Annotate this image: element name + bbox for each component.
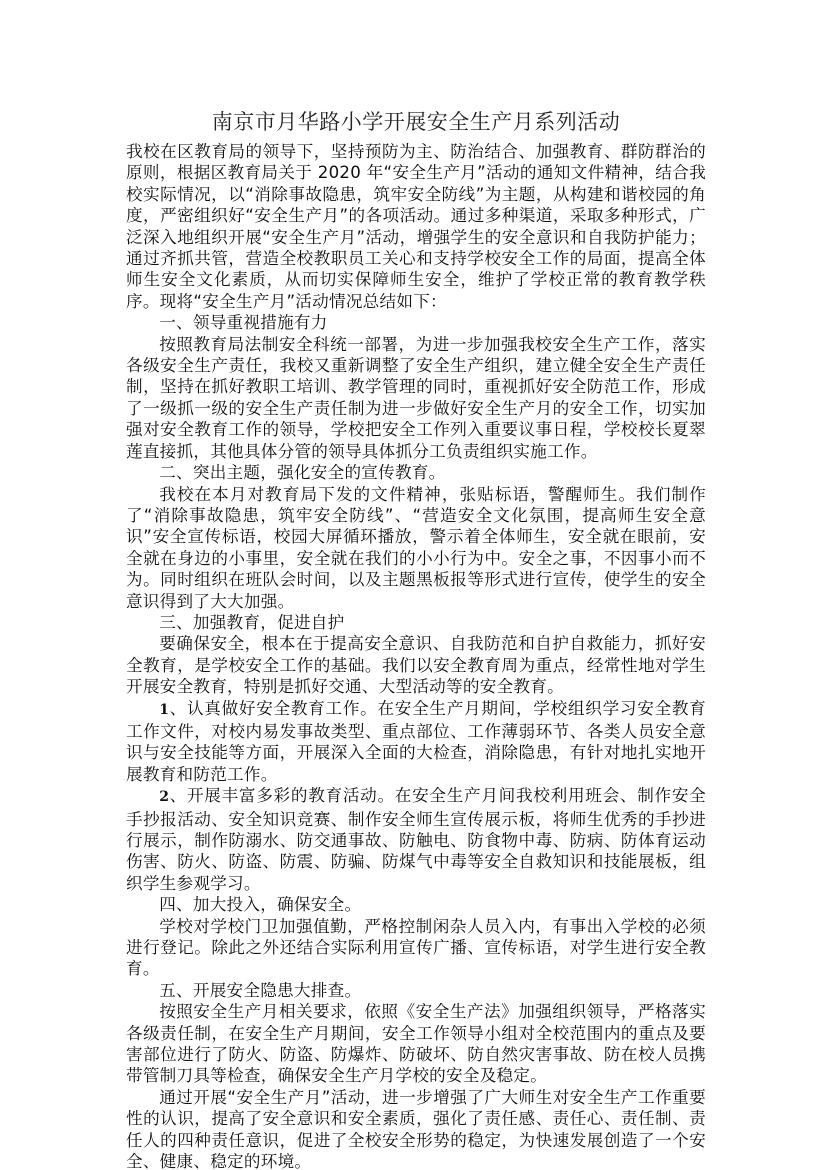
conclusion-paragraph: 通过开展“安全生产月”活动，进一步增强了广大师生对安全生产工作重要性的认识，提高…	[126, 1087, 706, 1170]
intro-paragraph: 我校在区教育局的领导下，坚持预防为主、防治结合、加强教育、群防群治的原则，根据区…	[126, 141, 706, 312]
document-page: 南京市月华路小学开展安全生产月系列活动 我校在区教育局的领导下，坚持预防为主、防…	[126, 106, 706, 1170]
section-body-4: 学校对学校门卫加强值勤，严格控制闲杂人员入内，有事出入学校的必须进行登记。除此之…	[126, 916, 706, 980]
section-heading-3: 三、加强教育，促进自护	[126, 612, 706, 633]
section-heading-4: 四、加大投入，确保安全。	[126, 894, 706, 915]
section-3-item-1: 1、认真做好安全教育工作。在安全生产月期间，学校组织学习安全教育工作文件，对校内…	[126, 698, 706, 786]
section-heading-1: 一、领导重视措施有力	[126, 312, 706, 333]
section-heading-5: 五、开展安全隐患大排查。	[126, 980, 706, 1001]
item-number: 2	[159, 789, 169, 805]
section-3-item-2: 2、开展丰富多彩的教育活动。在安全生产月间我校利用班会、制作安全手抄报活动、安全…	[126, 785, 706, 894]
section-body-5: 按照安全生产月相关要求，依照《安全生产法》加强组织领导，严格落实各级责任制，在安…	[126, 1001, 706, 1087]
section-heading-2: 二、突出主题，强化安全的宣传教育。	[126, 462, 706, 483]
item-text: 、开展丰富多彩的教育活动。在安全生产月间我校利用班会、制作安全手抄报活动、安全知…	[126, 786, 706, 893]
section-body-1: 按照教育局法制安全科统一部署，为进一步加强我校安全生产工作，落实各级安全生产责任…	[126, 334, 706, 462]
item-text: 、认真做好安全教育工作。在安全生产月期间，学校组织学习安全教育工作文件，对校内易…	[126, 699, 706, 784]
section-body-3: 要确保安全，根本在于提高安全意识、自我防范和自护自救能力，抓好安全教育，是学校安…	[126, 633, 706, 697]
document-title: 南京市月华路小学开展安全生产月系列活动	[126, 106, 706, 138]
item-number: 1	[159, 702, 169, 718]
section-body-2: 我校在本月对教育局下发的文件精神，张贴标语，警醒师生。我们制作了“消除事故隐患，…	[126, 484, 706, 612]
